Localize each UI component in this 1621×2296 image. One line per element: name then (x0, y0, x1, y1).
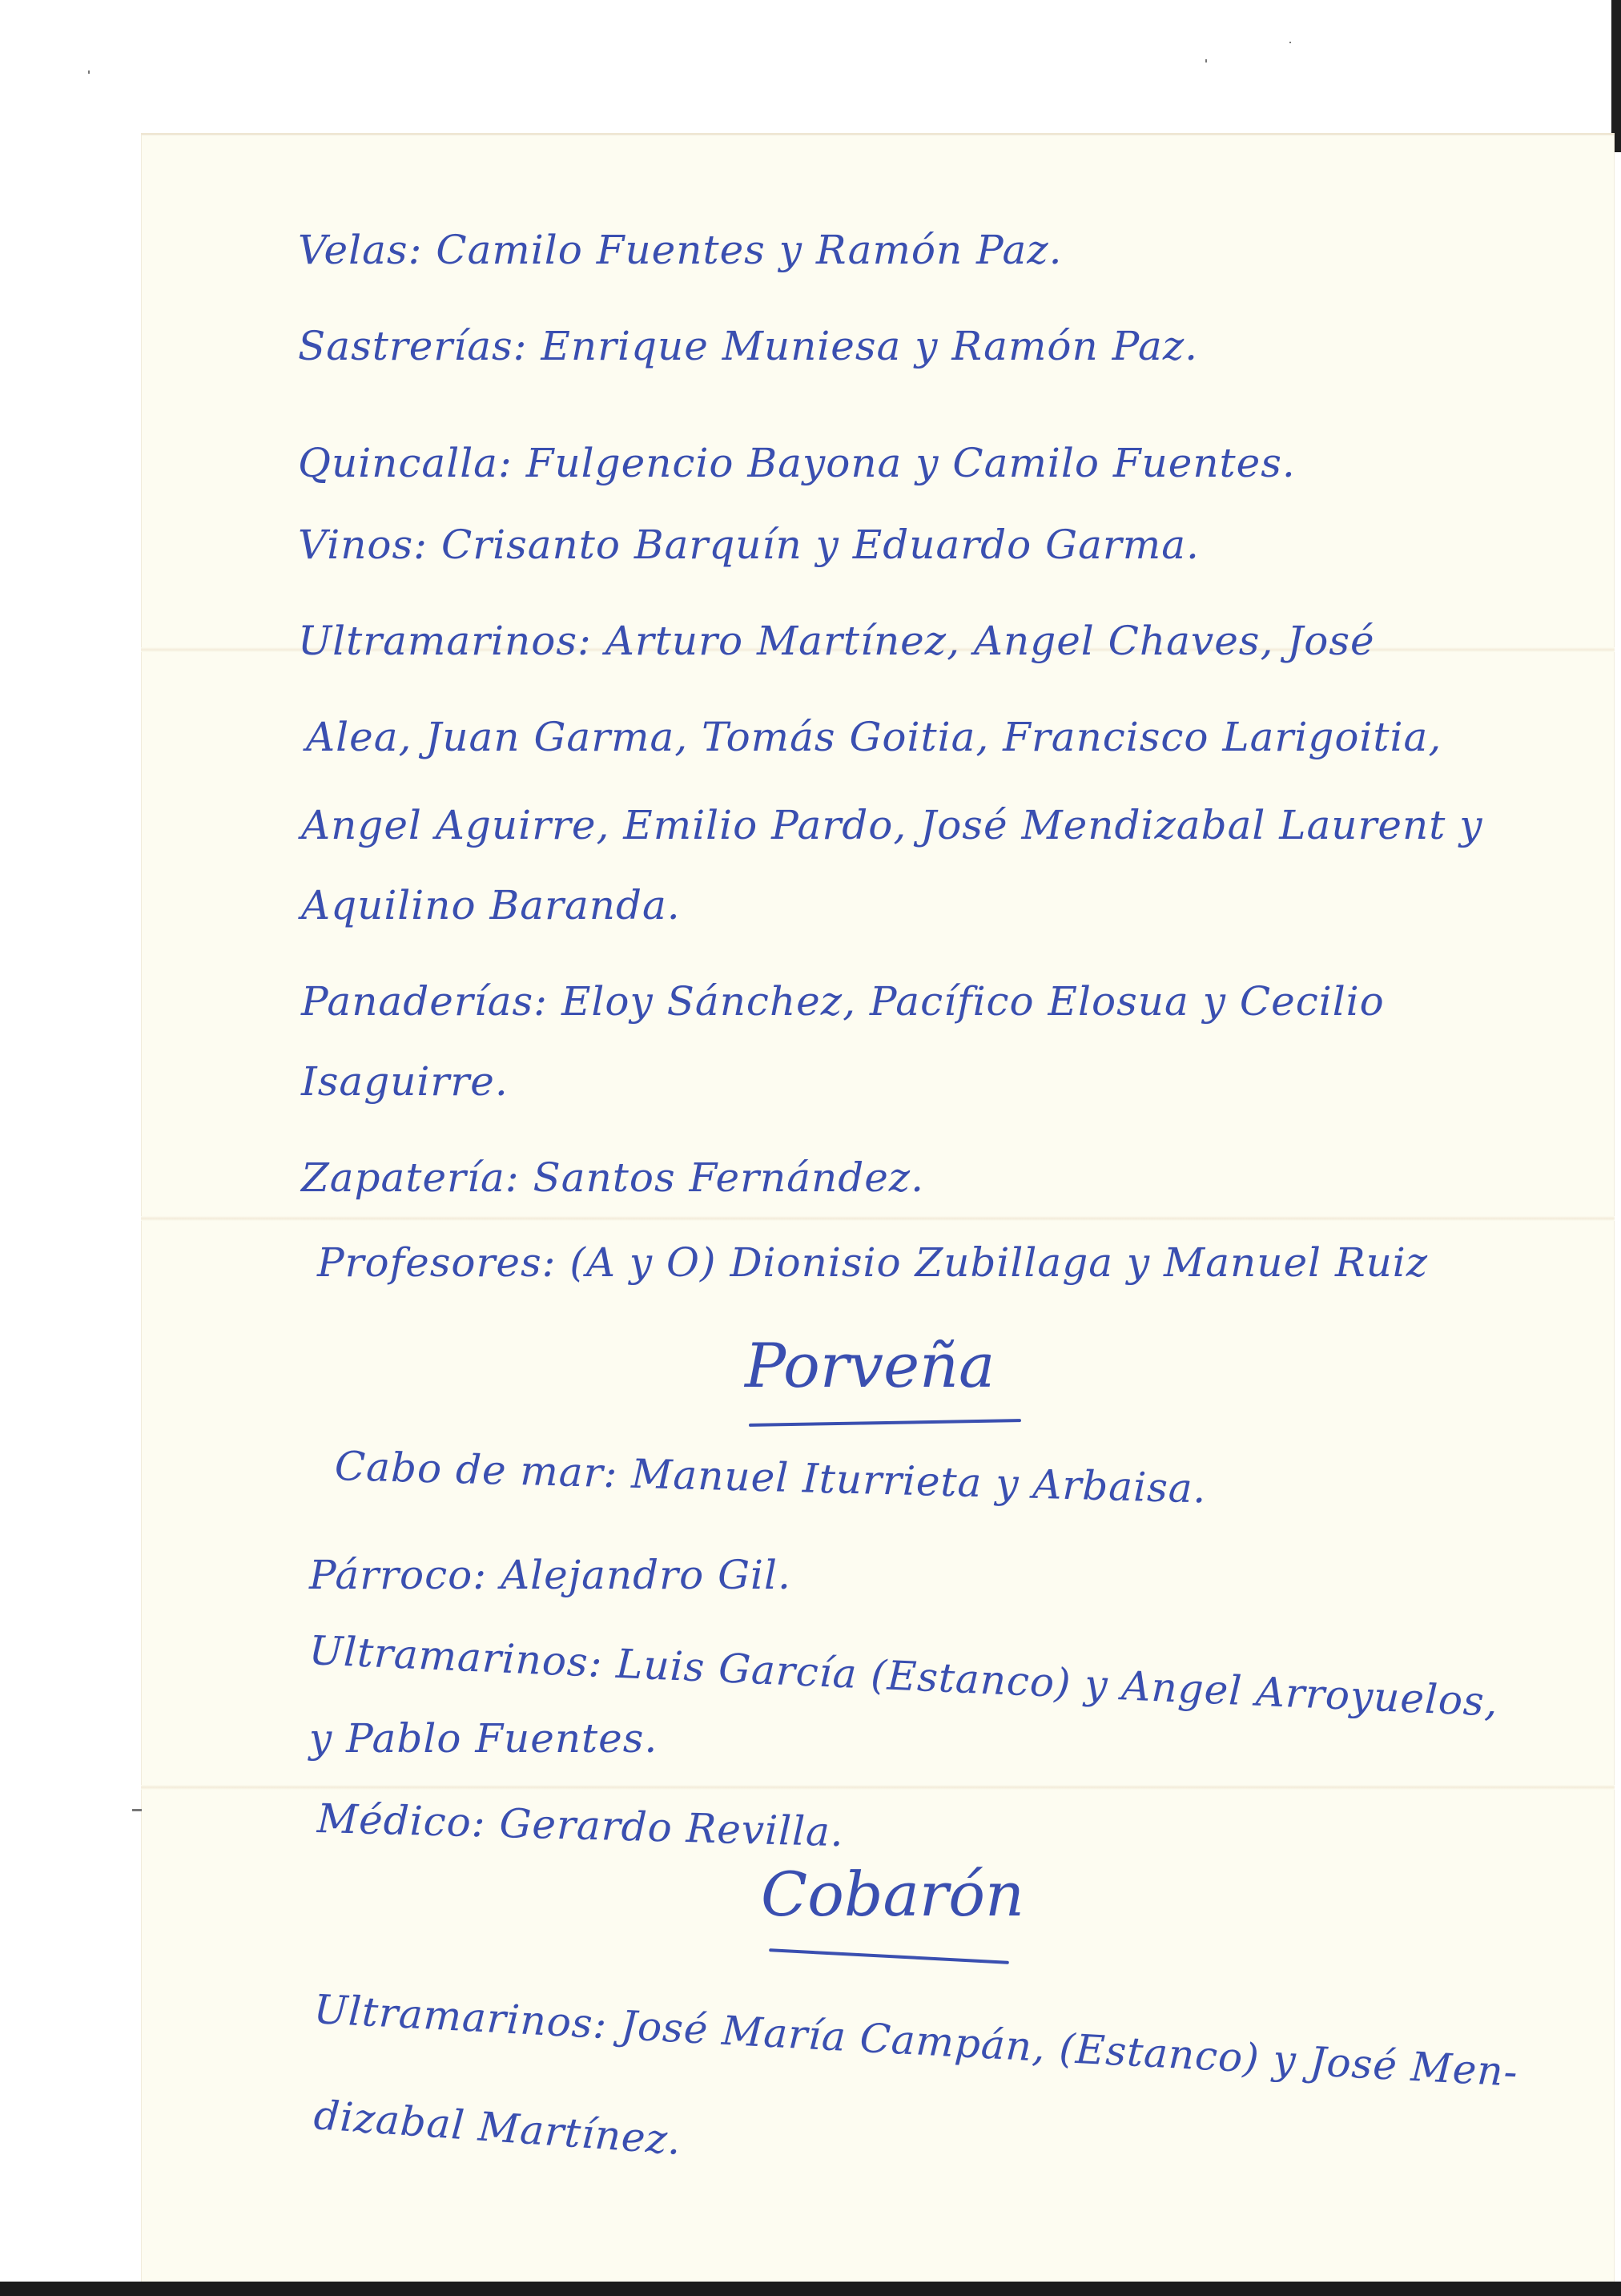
entry-panaderias: Panaderías: Eloy Sánchez, Pacífico Elosu… (301, 977, 1385, 1025)
entry-text: Eloy Sánchez, Pacífico Elosua y Cecilio (561, 978, 1385, 1025)
entry-label: Quincalla: (298, 440, 513, 486)
entry-text: Santos Fernández. (533, 1154, 925, 1201)
entry-profesores: Profesores: (A y O) Dionisio Zubillaga y… (317, 1239, 1428, 1287)
section-heading-cobaron: Cobarón (761, 1859, 1024, 1931)
entry-text: Aquilino Baranda. (301, 882, 681, 928)
entry-continuation: Alea, Juan Garma, Tomás Goitia, Francisc… (306, 713, 1442, 761)
entry-label: Sastrerías: (298, 323, 528, 369)
scanned-page: Velas: Camilo Fuentes y Ramón Paz. Sastr… (0, 0, 1621, 2296)
entry-label: Profesores: (317, 1239, 557, 1286)
entry-sastrerias: Sastrerías: Enrique Muniesa y Ramón Paz. (298, 322, 1198, 370)
scanner-edge-right (1611, 0, 1621, 152)
fold-crease (141, 1216, 1615, 1221)
entry-label: Párroco: (309, 1552, 487, 1598)
entry-zapateria: Zapatería: Santos Fernández. (301, 1154, 924, 1202)
entry-vinos: Vinos: Crisanto Barquín y Eduardo Garma. (298, 521, 1200, 569)
dust-speck (1289, 42, 1291, 43)
entry-text: Fulgencio Bayona y Camilo Fuentes. (526, 440, 1296, 486)
entry-text: (A y O) Dionisio Zubillaga y Manuel Ruiz (569, 1239, 1428, 1286)
entry-continuation: y Pablo Fuentes. (309, 1714, 658, 1762)
entry-parroco: Párroco: Alejandro Gil. (309, 1551, 791, 1599)
entry-continuation: Isaguirre. (301, 1057, 509, 1106)
entry-label: Cabo de mar: (334, 1443, 618, 1496)
entry-text: Angel Aguirre, Emilio Pardo, José Mendiz… (301, 802, 1482, 848)
entry-velas: Velas: Camilo Fuentes y Ramón Paz. (298, 226, 1063, 274)
entry-label: Velas: (298, 227, 422, 273)
entry-label: Vinos: (298, 522, 428, 568)
entry-continuation: Angel Aguirre, Emilio Pardo, José Mendiz… (301, 801, 1482, 849)
entry-quincalla: Quincalla: Fulgencio Bayona y Camilo Fue… (298, 439, 1296, 487)
entry-label: Zapatería: (301, 1154, 520, 1201)
dust-speck (88, 70, 90, 74)
entry-text: Alea, Juan Garma, Tomás Goitia, Francisc… (306, 714, 1442, 760)
dust-speck (1205, 59, 1207, 62)
entry-text: Crisanto Barquín y Eduardo Garma. (441, 522, 1200, 568)
section-heading-porvena: Porveña (745, 1330, 995, 1402)
scanner-edge-bottom (0, 2282, 1621, 2296)
entry-label: Ultramarinos: (298, 618, 592, 664)
entry-text: Alejandro Gil. (501, 1552, 791, 1598)
entry-text: Camilo Fuentes y Ramón Paz. (436, 227, 1062, 273)
entry-text: Isaguirre. (301, 1058, 509, 1105)
entry-text: y Pablo Fuentes. (309, 1715, 658, 1762)
entry-label: Panaderías: (301, 978, 548, 1025)
entry-text: Arturo Martínez, Angel Chaves, José (605, 618, 1375, 664)
fold-crease (141, 1785, 1615, 1790)
entry-text: Enrique Muniesa y Ramón Paz. (541, 323, 1198, 369)
entry-ultramarinos: Ultramarinos: Arturo Martínez, Angel Cha… (298, 617, 1375, 665)
entry-text: Gerardo Revilla. (499, 1800, 845, 1855)
entry-continuation: Aquilino Baranda. (301, 881, 681, 929)
margin-mark (132, 1809, 142, 1811)
entry-label: Médico: (316, 1795, 486, 1846)
